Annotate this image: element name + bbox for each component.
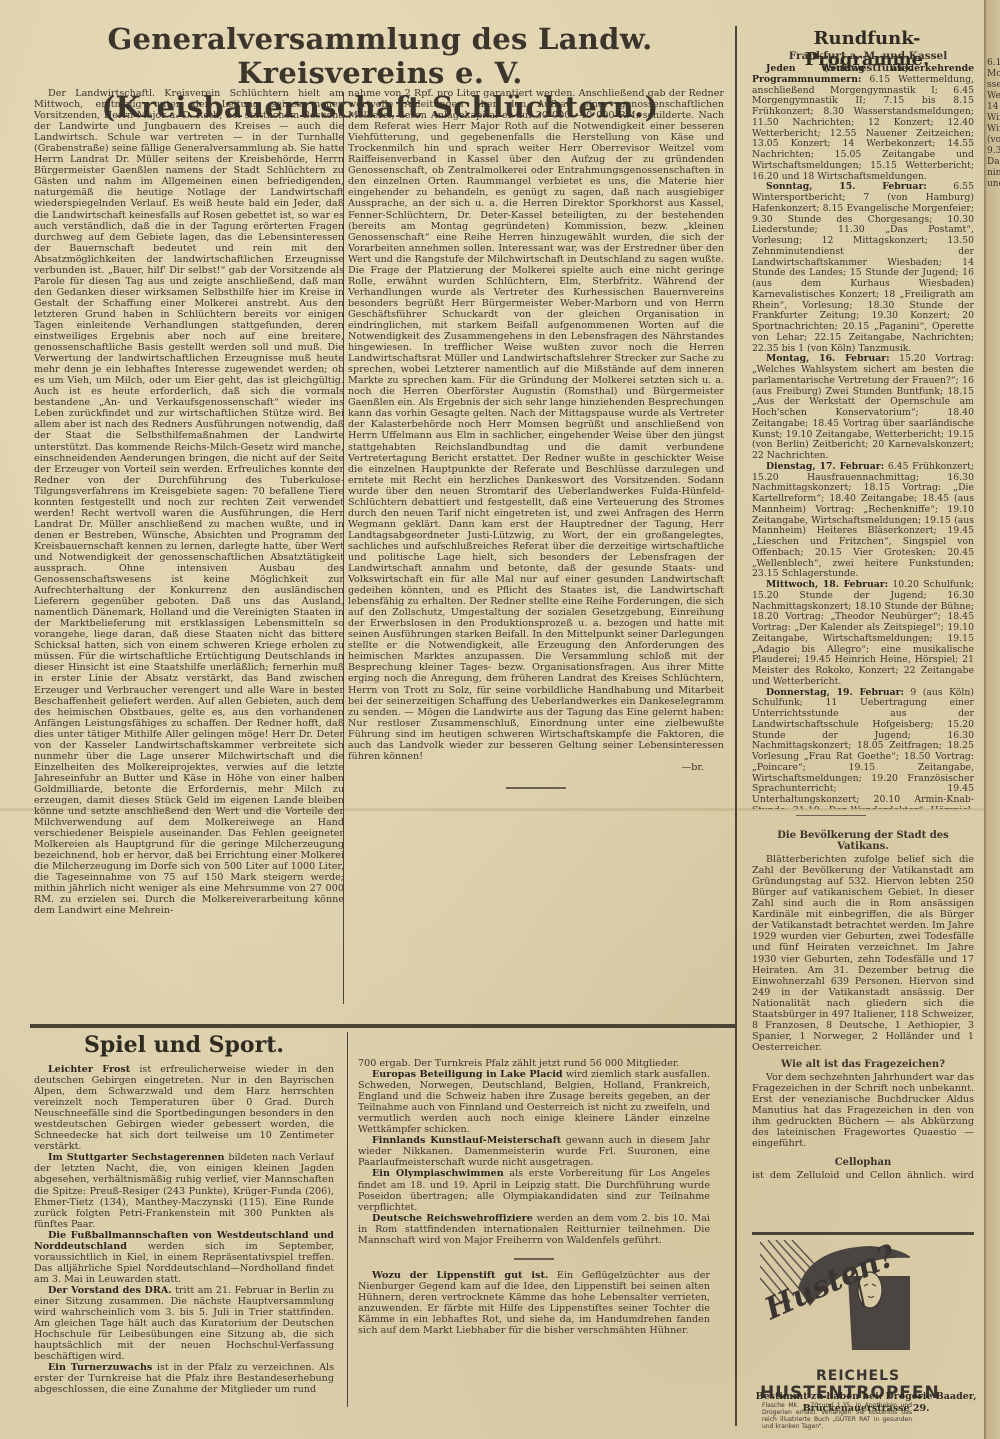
sport-section-title: Spiel und Sport. <box>34 1032 334 1058</box>
sport-item: Ein Olympiaschwimmen als erste Vorbereit… <box>358 1168 710 1212</box>
radio-entry-day: Donnerstag, 19. Februar: <box>766 687 904 698</box>
column-divider <box>347 1032 348 1407</box>
adjacent-fragment: 6.15 <box>984 58 1000 69</box>
sport-item-lead: Finnlands Kunstlauf-Meisterschaft <box>372 1135 561 1146</box>
vatikan-text: Blätterberichten zufolge belief sich die… <box>752 854 974 1053</box>
radio-entry-text: 6.55 Wintersportbericht; 7 (von Hamburg)… <box>752 181 974 353</box>
end-rule <box>506 787 566 789</box>
sport-item: Europas Beteiligung in Lake Placid wird … <box>358 1069 710 1135</box>
adjacent-fragment: 9.30 <box>984 146 1000 157</box>
sport-item: Der Vorstand des DRA. tritt am 21. Febru… <box>34 1285 334 1362</box>
fragezeichen-heading: Wie alt ist das Fragezeichen? <box>752 1059 974 1070</box>
sport-item-text: bildeten nach Verlauf der letzten Nacht,… <box>34 1152 334 1229</box>
sport-continuation: 700 ergab. Der Turnkreis Pfalz zählt jet… <box>358 1058 710 1069</box>
sport-item-text: ist erfreulicherweise wieder in den deut… <box>34 1064 334 1152</box>
sport-column-1: Leichter Frost ist erfreulicherweise wie… <box>34 1064 334 1414</box>
ad-divider <box>752 1232 974 1235</box>
column-divider <box>735 26 737 1426</box>
sport-item: Finnlands Kunstlauf-Meisterschaft gewann… <box>358 1135 710 1168</box>
misc-notices-column: Die Bevölkerung der Stadt des Vatikans. … <box>752 828 974 1178</box>
radio-entry: Sonntag, 15. Februar: 6.55 Wintersportbe… <box>752 182 974 354</box>
adjacent-fragment: 14 <box>984 102 1000 113</box>
main-article-column-2: nahme von 2 Rpf. pro Liter garantiert we… <box>348 88 724 998</box>
cellophan-text: ist dem Zelluloid und Cellon ähnlich, wi… <box>752 1170 974 1178</box>
adjacent-fragment: Mor- <box>984 69 1000 80</box>
sport-item-lead: Ein Olympiaschwimmen <box>372 1168 504 1179</box>
section-divider <box>796 815 866 816</box>
adjacent-fragment: Das <box>984 157 1000 168</box>
sport-item-text: tritt am 21. Februar in Berlin zu einer … <box>34 1285 334 1362</box>
adjacent-fragment: sser- <box>984 80 1000 91</box>
radio-entry: Montag, 16. Februar: 15.20 Vortrag: „Wel… <box>752 354 974 462</box>
radio-entry-text: 6.15 Wettermeldung, anschließend Morgeng… <box>752 74 974 182</box>
lippenstift-item: Wozu der Lippenstift gut ist. Ein Geflüg… <box>358 1270 710 1336</box>
sport-item: Die Fußballmannschaften von Westdeutschl… <box>34 1230 334 1285</box>
adjacent-fragment: (von <box>984 135 1000 146</box>
radio-entry-text: 15.20 Vortrag: „Welches Wahlsystem siche… <box>752 353 974 461</box>
cellophan-heading: Cellophan <box>752 1157 974 1168</box>
radio-entry-day: Montag, 16. Februar: <box>766 353 890 364</box>
sport-item: Leichter Frost ist erfreulicherweise wie… <box>34 1064 334 1152</box>
radio-entry-day: Mittwoch, 18. Februar: <box>766 579 888 590</box>
sport-item: Im Stuttgarter Sechstagerennen bildeten … <box>34 1152 334 1229</box>
sport-item: Deutsche Reichswehroffiziere werden an d… <box>358 1213 710 1246</box>
ad-availability: Bestimmt zu haben bei: Drogerie Baader, … <box>746 1391 986 1415</box>
radio-entry: Dienstag, 17. Februar: 6.45 Frühkonzert;… <box>752 462 974 580</box>
sport-item-lead: Europas Beteiligung in Lake Placid <box>372 1069 563 1080</box>
ad-availability-line-2: Brückenauerstrasse 29. <box>746 1403 986 1415</box>
fragezeichen-text: Vor dem sechzehnten Jahrhundert war das … <box>752 1072 974 1149</box>
end-rule <box>514 1258 554 1260</box>
sport-item: Ein Turnerzuwachs ist in der Pfalz zu ve… <box>34 1362 334 1395</box>
newspaper-page: Generalversammlung des Landw. Kreisverei… <box>0 0 1000 1439</box>
adjacent-page-edge: 6.15 Mor- sser- Wet- 14 Wirt- Wirt- (von… <box>984 0 1000 1439</box>
sport-item-lead: Deutsche Reichswehroffiziere <box>372 1213 533 1224</box>
article-paragraph: nahme von 2 Rpf. pro Liter garantiert we… <box>348 88 724 762</box>
ad-availability-line-1: Bestimmt zu haben bei: Drogerie Baader, <box>746 1391 986 1403</box>
adjacent-fragment: ninu- <box>984 168 1000 179</box>
main-article-column-1: Der Landwirtschaftl. Kreisverein Schlüch… <box>34 88 344 1020</box>
sport-column-2: 700 ergab. Der Turnkreis Pfalz zählt jet… <box>358 1058 710 1408</box>
section-divider <box>30 1024 736 1028</box>
radio-entry-text: 6.45 Frühkonzert; 15.20 Hausfrauennachmi… <box>752 461 974 580</box>
radio-entry-text: 9 (aus Köln) Schulfunk; 11 Uebertragung … <box>752 687 974 810</box>
radio-entry: Mittwoch, 18. Februar: 10.20 Schulfunk; … <box>752 580 974 688</box>
article-paragraph: Der Landwirtschaftl. Kreisverein Schlüch… <box>34 88 344 917</box>
radio-entry: Donnerstag, 19. Februar: 9 (aus Köln) Sc… <box>752 688 974 810</box>
sport-item-lead: Leichter Frost <box>48 1064 130 1075</box>
ad-brand-name: REICHELS <box>816 1368 900 1384</box>
vatikan-heading: Die Bevölkerung der Stadt des Vatikans. <box>752 830 974 852</box>
sport-item-lead: Im Stuttgarter Sechstagerennen <box>48 1152 225 1163</box>
radio-entry-day: Dienstag, 17. Februar: <box>766 461 884 472</box>
lippenstift-lead: Wozu der Lippenstift gut ist. <box>372 1270 548 1281</box>
article-signature: —br. <box>348 762 724 773</box>
adjacent-fragment: Wirt- <box>984 113 1000 124</box>
adjacent-fragment: unde <box>984 179 1000 190</box>
adjacent-fragment: Wirt- <box>984 124 1000 135</box>
radio-entry: Jeden Werktag wiederkehrende Programmnum… <box>752 64 974 182</box>
adjacent-fragment: Wet- <box>984 91 1000 102</box>
sport-item-lead: Ein Turnerzuwachs <box>48 1362 152 1373</box>
headline-line-1: Generalversammlung des Landw. Kreisverei… <box>30 22 730 90</box>
radio-program-list: Jeden Werktag wiederkehrende Programmnum… <box>752 64 974 809</box>
radio-entry-text: 10.20 Schulfunk; 15.20 Stunde der Jugend… <box>752 579 974 687</box>
sport-item-lead: Der Vorstand des DRA. <box>48 1285 172 1296</box>
radio-entry-day: Sonntag, 15. Februar: <box>766 181 927 192</box>
